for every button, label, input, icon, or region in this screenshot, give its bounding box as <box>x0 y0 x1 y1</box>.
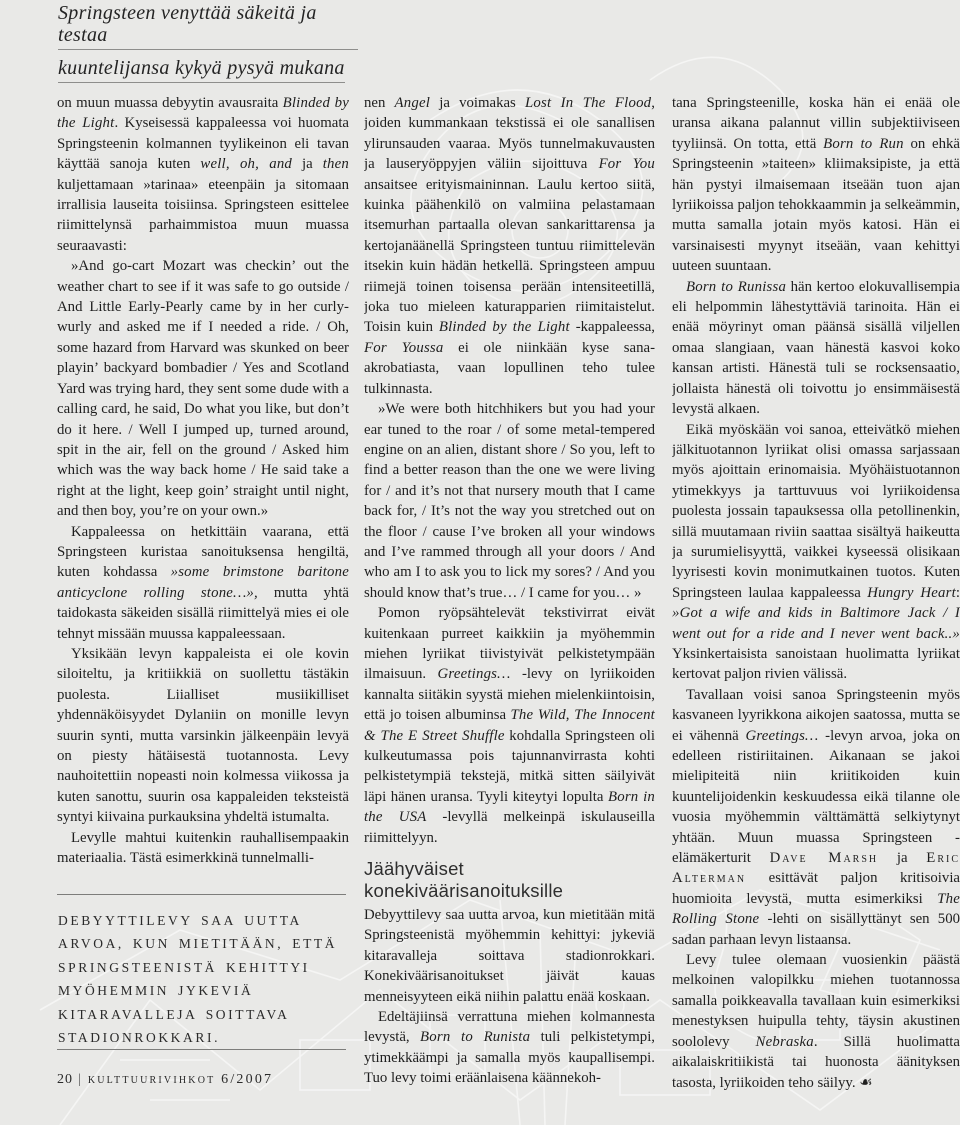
pull-quote: DEBYYTTILEVY SAA UUTTA ARVOA, KUN MIETIT… <box>58 909 350 1049</box>
magazine-page: { "page": { "background_color": "#e9e9e7… <box>0 0 960 1125</box>
body-paragraph: Eikä myöskään voi sanoa, etteivätkö mieh… <box>672 420 960 685</box>
masthead-line-1: Springsteen venyttää säkeitä ja testaa <box>58 2 358 50</box>
text-column-2: nen Angel ja voimakas Lost In The Flood,… <box>364 93 655 1123</box>
page-number: 20 <box>57 1072 73 1087</box>
lyrics-paragraph: »And go-cart Mozart was checkin’ out the… <box>57 256 349 521</box>
masthead-quote: Springsteen venyttää säkeitä ja testaa k… <box>58 2 358 90</box>
lyrics-paragraph: »We were both hitchhikers but you had yo… <box>364 399 655 603</box>
footer-separator: | <box>73 1072 88 1087</box>
page-footer: 20|kulttuurivihkot 6/2007 <box>57 1072 357 1088</box>
text-column-3: tana Springsteenille, koska hän ei enää … <box>672 93 960 1123</box>
closing-paragraph: Levy tulee olemaan vuosienkin päästä mel… <box>672 950 960 1093</box>
body-paragraph: Yksikään levyn kappaleista ei ole kovin … <box>57 644 349 828</box>
body-paragraph: Kappaleessa on hetkittäin vaarana, että … <box>57 522 349 644</box>
body-paragraph: on muun muassa debyytin avausraita Blind… <box>57 93 349 256</box>
body-paragraph: Pomon ryöpsähtelevät tekstivirrat eivät … <box>364 603 655 848</box>
masthead-line-2: kuuntelijansa kykyä pysyä mukana <box>58 57 345 83</box>
body-paragraph: Levylle mahtui kuitenkin rauhallisempaak… <box>57 828 349 869</box>
text-column-1: on muun muassa debyytin avausraita Blind… <box>57 93 349 893</box>
magazine-issue: kulttuurivihkot 6/2007 <box>88 1072 273 1087</box>
body-paragraph: Edeltäjiinsä verrattuna miehen kolmannes… <box>364 1007 655 1089</box>
body-paragraph: tana Springsteenille, koska hän ei enää … <box>672 93 960 277</box>
section-subheading: Jäähyväiset konekiväärisanoituksille <box>364 858 655 902</box>
pullquote-rule-top <box>57 894 346 895</box>
body-paragraph: nen Angel ja voimakas Lost In The Flood,… <box>364 93 655 399</box>
body-paragraph: Debyyttilevy saa uutta arvoa, kun mietit… <box>364 905 655 1007</box>
body-paragraph: Born to Runissa hän kertoo elokuvallisem… <box>672 277 960 420</box>
pullquote-rule-bottom <box>57 1049 346 1050</box>
body-paragraph: Tavallaan voisi sanoa Springsteenin myös… <box>672 685 960 950</box>
